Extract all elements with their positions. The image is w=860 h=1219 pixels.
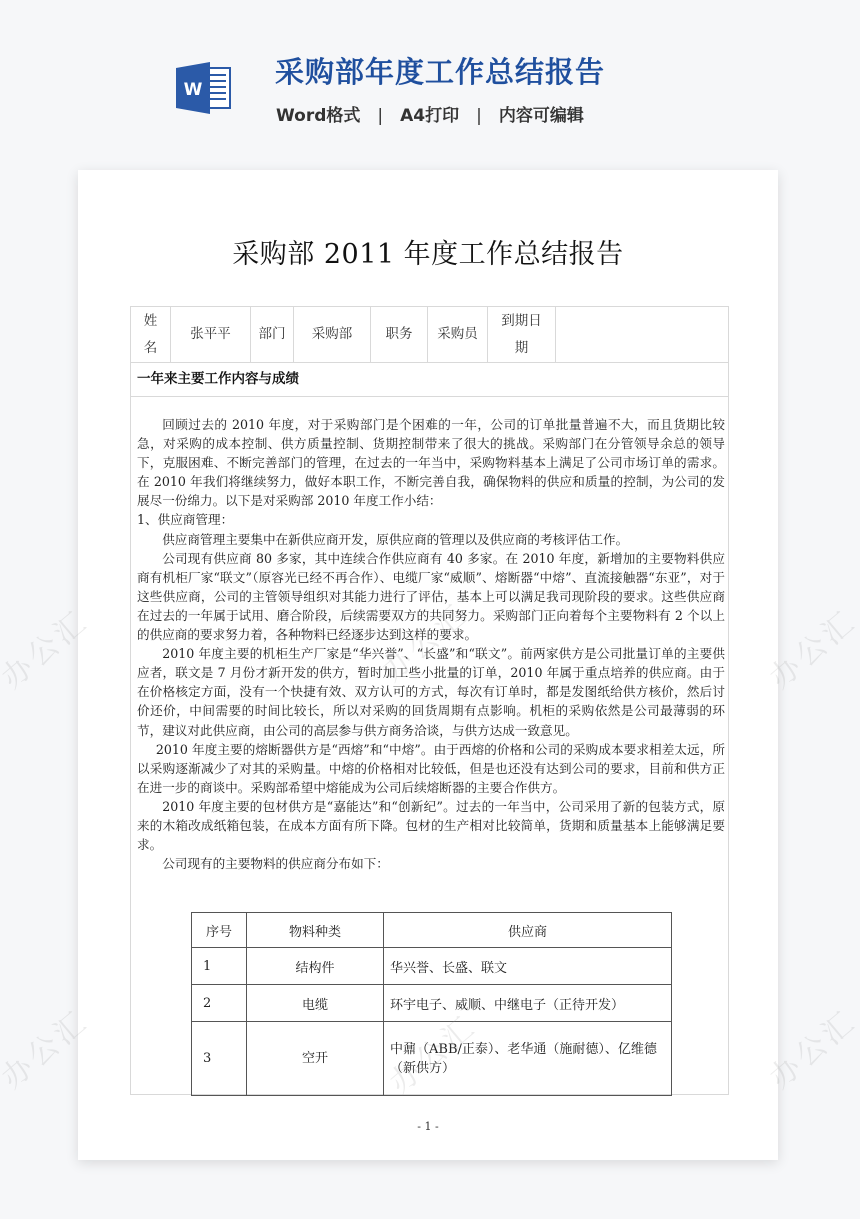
name-label: 姓名 [131, 307, 171, 362]
row-suppliers: 环宇电子、威顺、中继电子（正待开发） [384, 985, 672, 1022]
header-material-type: 物料种类 [247, 913, 384, 948]
due-date-label: 到期日期 [488, 307, 556, 362]
page-number: - 1 - [78, 1120, 778, 1133]
paragraph-cabinet-suppliers: 2010 年度主要的机柜生产厂家是“华兴誉”、“长盛”和“联文”。前两家供方是公… [137, 644, 725, 739]
paragraph-supplier-scope: 供应商管理主要集中在新供应商开发，原供应商的管理以及供应商的考核评估工作。 [137, 530, 725, 549]
content-cell: 回顾过去的 2010 年度，对于采购部门是个困难的一年，公司的订单批量普遍不大，… [131, 397, 728, 1094]
paragraph-table-intro: 公司现有的主要物料的供应商分布如下： [137, 854, 725, 873]
dept-label: 部门 [251, 307, 294, 362]
table-header-row: 序号 物料种类 供应商 [192, 913, 672, 948]
name-value: 张平平 [171, 307, 251, 362]
row-material: 电缆 [247, 985, 384, 1022]
report-body: 回顾过去的 2010 年度，对于采购部门是个困难的一年，公司的订单批量普遍不大，… [137, 415, 725, 873]
paragraph-intro: 回顾过去的 2010 年度，对于采购部门是个困难的一年，公司的订单批量普遍不大，… [137, 415, 725, 510]
table-row: 2 电缆 环宇电子、威顺、中继电子（正待开发） [192, 985, 672, 1022]
paragraph-supplier-count: 公司现有供应商 80 多家，其中连续合作供应商有 40 多家。在 2010 年度… [137, 549, 725, 644]
banner: W 采购部年度工作总结报告 Word格式|A4打印|内容可编辑 [0, 0, 860, 150]
row-index: 1 [192, 948, 247, 985]
row-material: 空开 [247, 1022, 384, 1096]
report-form-table: 姓名 张平平 部门 采购部 职务 采购员 到期日期 一年来主要工作内容与成绩 回… [130, 306, 729, 1095]
subheading-supplier-management: 1、供应商管理： [137, 510, 725, 529]
banner-title: 采购部年度工作总结报告 [275, 50, 605, 91]
section-heading: 一年来主要工作内容与成绩 [131, 363, 728, 397]
tag-editable: 内容可编辑 [499, 106, 584, 126]
row-index: 2 [192, 985, 247, 1022]
employee-info-row: 姓名 张平平 部门 采购部 职务 采购员 到期日期 [131, 307, 728, 363]
row-index: 3 [192, 1022, 247, 1096]
supplier-distribution-table: 序号 物料种类 供应商 1 结构件 华兴誉、长盛、联文 2 电缆 环宇电子、威顺… [191, 912, 672, 1096]
table-row: 3 空开 中鼐（ABB/正泰）、老华通（施耐德）、亿维德（新供方） [192, 1022, 672, 1096]
word-doc-icon: W [176, 62, 232, 114]
position-value: 采购员 [428, 307, 488, 362]
position-label: 职务 [371, 307, 428, 362]
table-row: 1 结构件 华兴誉、长盛、联文 [192, 948, 672, 985]
paragraph-fuse-suppliers: 2010 年度主要的熔断器供方是“西熔”和“中熔”。由于西熔的价格和公司的采购成… [137, 740, 725, 797]
due-date-value [556, 307, 728, 362]
paragraph-packaging-suppliers: 2010 年度主要的包材供方是“嘉能达”和“创新纪”。过去的一年当中，公司采用了… [137, 797, 725, 854]
row-suppliers: 华兴誉、长盛、联文 [384, 948, 672, 985]
word-icon-letter: W [184, 80, 203, 100]
dept-value: 采购部 [294, 307, 371, 362]
row-suppliers: 中鼐（ABB/正泰）、老华通（施耐德）、亿维德（新供方） [384, 1022, 672, 1096]
document-title: 采购部 2011 年度工作总结报告 [78, 232, 778, 271]
tag-word-format: Word格式 [276, 106, 360, 126]
header-index: 序号 [192, 913, 247, 948]
tag-separator: | [377, 106, 383, 126]
tag-separator: | [476, 106, 482, 126]
header-supplier: 供应商 [384, 913, 672, 948]
tag-a4-print: A4打印 [400, 106, 459, 126]
banner-tags: Word格式|A4打印|内容可编辑 [276, 101, 584, 126]
document-page: 采购部 2011 年度工作总结报告 姓名 张平平 部门 采购部 职务 采购员 到… [78, 170, 778, 1160]
row-material: 结构件 [247, 948, 384, 985]
